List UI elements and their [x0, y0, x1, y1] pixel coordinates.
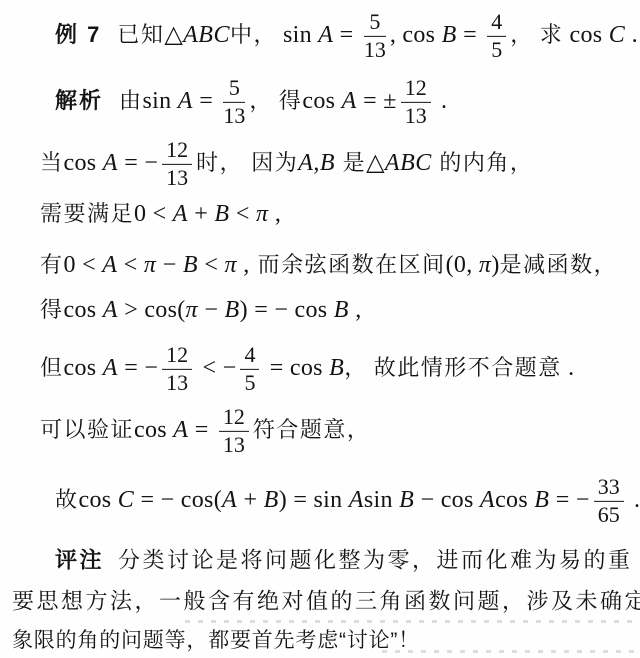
- fraction-denominator: 65: [594, 502, 624, 528]
- math-text: .: [628, 487, 640, 513]
- math-text: =: [333, 22, 359, 48]
- chinese-text: ，: [510, 22, 534, 47]
- fraction: 1213: [162, 138, 192, 190]
- math-text: cos: [79, 487, 118, 513]
- text-line-12: 象限的角的问题等，都要首先考虑“讨论”！: [12, 628, 420, 654]
- chinese-text: 象限的角的问题等，都要首先考虑“讨论”！: [12, 629, 420, 652]
- fraction-numerator: 12: [162, 343, 192, 370]
- scan-artifact-dashes: [382, 650, 640, 653]
- fraction: 45: [240, 343, 259, 395]
- math-variable: B: [264, 487, 279, 513]
- math-text: − cos: [414, 487, 480, 513]
- fraction-denominator: 13: [162, 165, 192, 191]
- chinese-text: ，: [344, 355, 368, 380]
- fraction-denominator: 13: [219, 432, 249, 458]
- fraction-numerator: 5: [223, 76, 245, 103]
- math-variable: ABC: [385, 150, 432, 176]
- chinese-text: 要思想方法，一般含有绝对值的三角函数问题，涉及未确定: [12, 588, 640, 613]
- fraction-denominator: 13: [162, 370, 192, 396]
- math-text: = −: [118, 355, 158, 381]
- math-text: = −: [118, 150, 158, 176]
- text-line-1: 例 7已知△ABC中，sin A = 513, cos B = 45，求 cos…: [55, 10, 638, 62]
- math-variable: A: [222, 487, 237, 513]
- chinese-text: 时，: [196, 150, 243, 175]
- fraction-numerator: 5: [364, 10, 386, 37]
- spacer: [103, 107, 119, 108]
- math-text: cos: [563, 22, 609, 48]
- math-variable: π: [256, 201, 269, 227]
- math-variable: B: [183, 252, 198, 278]
- fraction: 1213: [219, 405, 249, 457]
- math-text: sin: [364, 487, 399, 513]
- math-text: (0,: [446, 252, 479, 278]
- fraction: 513: [223, 76, 245, 128]
- math-variable: B: [329, 355, 344, 381]
- math-text: ): [491, 252, 499, 278]
- math-variable: A: [102, 252, 117, 278]
- math-variable: A: [480, 487, 495, 513]
- chinese-text: 的内角，: [432, 150, 534, 175]
- text-line-6: 得cos A > cos(π − B) = − cos B ,: [40, 295, 362, 325]
- math-text: 0 <: [64, 252, 103, 278]
- math-variable: ABC: [183, 22, 230, 48]
- math-variable: B: [534, 487, 549, 513]
- fraction-numerator: 12: [401, 76, 431, 103]
- spacer: [243, 169, 251, 170]
- spacer: [104, 566, 118, 567]
- chinese-text: 故: [55, 487, 79, 512]
- fraction-denominator: 5: [240, 370, 259, 396]
- math-text: cos: [134, 417, 173, 443]
- math-text: =: [188, 417, 214, 443]
- math-text: , cos: [390, 22, 442, 48]
- math-variable: A: [342, 88, 357, 114]
- spacer: [101, 41, 117, 42]
- math-text: < −: [196, 355, 236, 381]
- math-variable: A: [173, 417, 188, 443]
- math-text: 0 <: [134, 201, 173, 227]
- math-variable: C: [609, 22, 626, 48]
- fraction: 3365: [594, 475, 624, 527]
- math-variable: B: [442, 22, 457, 48]
- math-text: =: [193, 88, 219, 114]
- chinese-text: 得: [279, 88, 303, 113]
- math-text: +: [188, 201, 214, 227]
- fraction-numerator: 33: [594, 475, 624, 502]
- math-variable: π: [224, 252, 237, 278]
- math-variable: A: [103, 150, 118, 176]
- math-text: = −: [549, 487, 589, 513]
- text-line-8: 可以验证cos A = 1213符合题意，: [40, 405, 370, 457]
- math-variable: B: [334, 297, 349, 323]
- math-variable: π: [144, 252, 157, 278]
- math-text: ,: [269, 201, 282, 227]
- math-variable: C: [118, 487, 135, 513]
- chinese-text: 分类讨论是将问题化整为零，进而化难为易的重: [118, 547, 633, 572]
- math-text: △: [164, 22, 183, 48]
- math-variable: A: [349, 487, 364, 513]
- text-line-3: 当cos A = −1213时，因为A,B 是△ABC 的内角，: [40, 138, 533, 190]
- math-variable: A: [173, 201, 188, 227]
- math-text: −: [156, 252, 182, 278]
- document-page: 例 7已知△ABC中，sin A = 513, cos B = 45，求 cos…: [0, 0, 640, 658]
- math-text: ,: [237, 252, 250, 278]
- chinese-text: 故此情形不合题意: [374, 355, 562, 380]
- spacer: [250, 271, 258, 272]
- fraction: 513: [364, 10, 386, 62]
- fraction-numerator: 12: [219, 405, 249, 432]
- math-text: <: [198, 252, 224, 278]
- math-variable: B: [214, 201, 229, 227]
- chinese-text: 当: [40, 150, 64, 175]
- math-text: = cos: [263, 355, 329, 381]
- chinese-text: 中，: [230, 22, 277, 47]
- math-variable: π: [186, 297, 199, 323]
- fraction-denominator: 5: [487, 37, 506, 63]
- chinese-label-bold: 例 7: [55, 22, 101, 47]
- chinese-text: ，: [249, 88, 273, 113]
- fraction-numerator: 12: [162, 138, 192, 165]
- chinese-text: 需要满足: [40, 201, 134, 226]
- math-variable: A: [318, 22, 333, 48]
- chinese-text: 是: [335, 150, 366, 175]
- math-text: .: [562, 355, 575, 381]
- math-text: cos: [64, 150, 103, 176]
- chinese-text: 已知: [117, 22, 164, 47]
- fraction-denominator: 13: [401, 103, 431, 129]
- chinese-text: 求: [540, 22, 564, 47]
- chinese-text: 由: [119, 88, 143, 113]
- math-text: .: [625, 22, 638, 48]
- fraction-numerator: 4: [240, 343, 259, 370]
- math-variable: A,B: [298, 150, 335, 176]
- chinese-text: 得: [40, 297, 64, 322]
- text-line-5: 有0 < A < π − B < π ,而余弦函数在区间(0, π)是减函数，: [40, 250, 617, 280]
- chinese-label-bold: 解析: [55, 88, 103, 113]
- math-text: .: [435, 88, 448, 114]
- math-text: =: [457, 22, 483, 48]
- math-variable: A: [178, 88, 193, 114]
- fraction: 1213: [162, 343, 192, 395]
- math-text: <: [230, 201, 256, 227]
- text-line-10: 评注分类讨论是将问题化整为零，进而化难为易的重: [55, 546, 633, 574]
- math-text: = − cos(: [134, 487, 222, 513]
- fraction-denominator: 13: [223, 103, 245, 129]
- text-line-11: 要思想方法，一般含有绝对值的三角函数问题，涉及未确定: [12, 587, 640, 615]
- math-text: <: [117, 252, 143, 278]
- math-variable: B: [224, 297, 239, 323]
- math-text: +: [237, 487, 263, 513]
- fraction: 45: [487, 10, 506, 62]
- math-text: > cos(: [118, 297, 186, 323]
- chinese-label-bold: 评注: [55, 547, 104, 572]
- math-text: −: [198, 297, 224, 323]
- text-line-7: 但cos A = −1213 < −45 = cos B，故此情形不合题意 .: [40, 343, 574, 395]
- math-text: sin: [143, 88, 178, 114]
- math-variable: A: [103, 297, 118, 323]
- math-text: sin: [283, 22, 318, 48]
- scan-artifact-dashes: [185, 620, 640, 623]
- fraction: 1213: [401, 76, 431, 128]
- math-variable: A: [103, 355, 118, 381]
- chinese-text: 有: [40, 252, 64, 277]
- math-text: △: [366, 150, 385, 176]
- math-text: = ±: [357, 88, 397, 114]
- math-text: ) = − cos: [240, 297, 334, 323]
- math-variable: B: [399, 487, 414, 513]
- math-text: cos: [302, 88, 341, 114]
- chinese-text: 符合题意，: [253, 417, 371, 442]
- math-text: ,: [349, 297, 362, 323]
- text-line-2: 解析由sin A = 513，得cos A = ±1213 .: [55, 76, 447, 128]
- chinese-text: 因为: [251, 150, 298, 175]
- chinese-text: 可以验证: [40, 417, 134, 442]
- math-text: cos: [64, 297, 103, 323]
- math-variable: π: [479, 252, 492, 278]
- chinese-text: 而余弦函数在区间: [258, 252, 446, 277]
- math-text: cos: [495, 487, 534, 513]
- fraction-denominator: 13: [364, 37, 386, 63]
- chinese-text: 是减函数，: [500, 252, 618, 277]
- math-text: ) = sin: [279, 487, 349, 513]
- text-line-9: 故cos C = − cos(A + B) = sin Asin B − cos…: [55, 475, 640, 527]
- fraction-numerator: 4: [487, 10, 506, 37]
- text-line-4: 需要满足0 < A + B < π ,: [40, 199, 281, 229]
- chinese-text: 但: [40, 355, 64, 380]
- math-text: cos: [64, 355, 103, 381]
